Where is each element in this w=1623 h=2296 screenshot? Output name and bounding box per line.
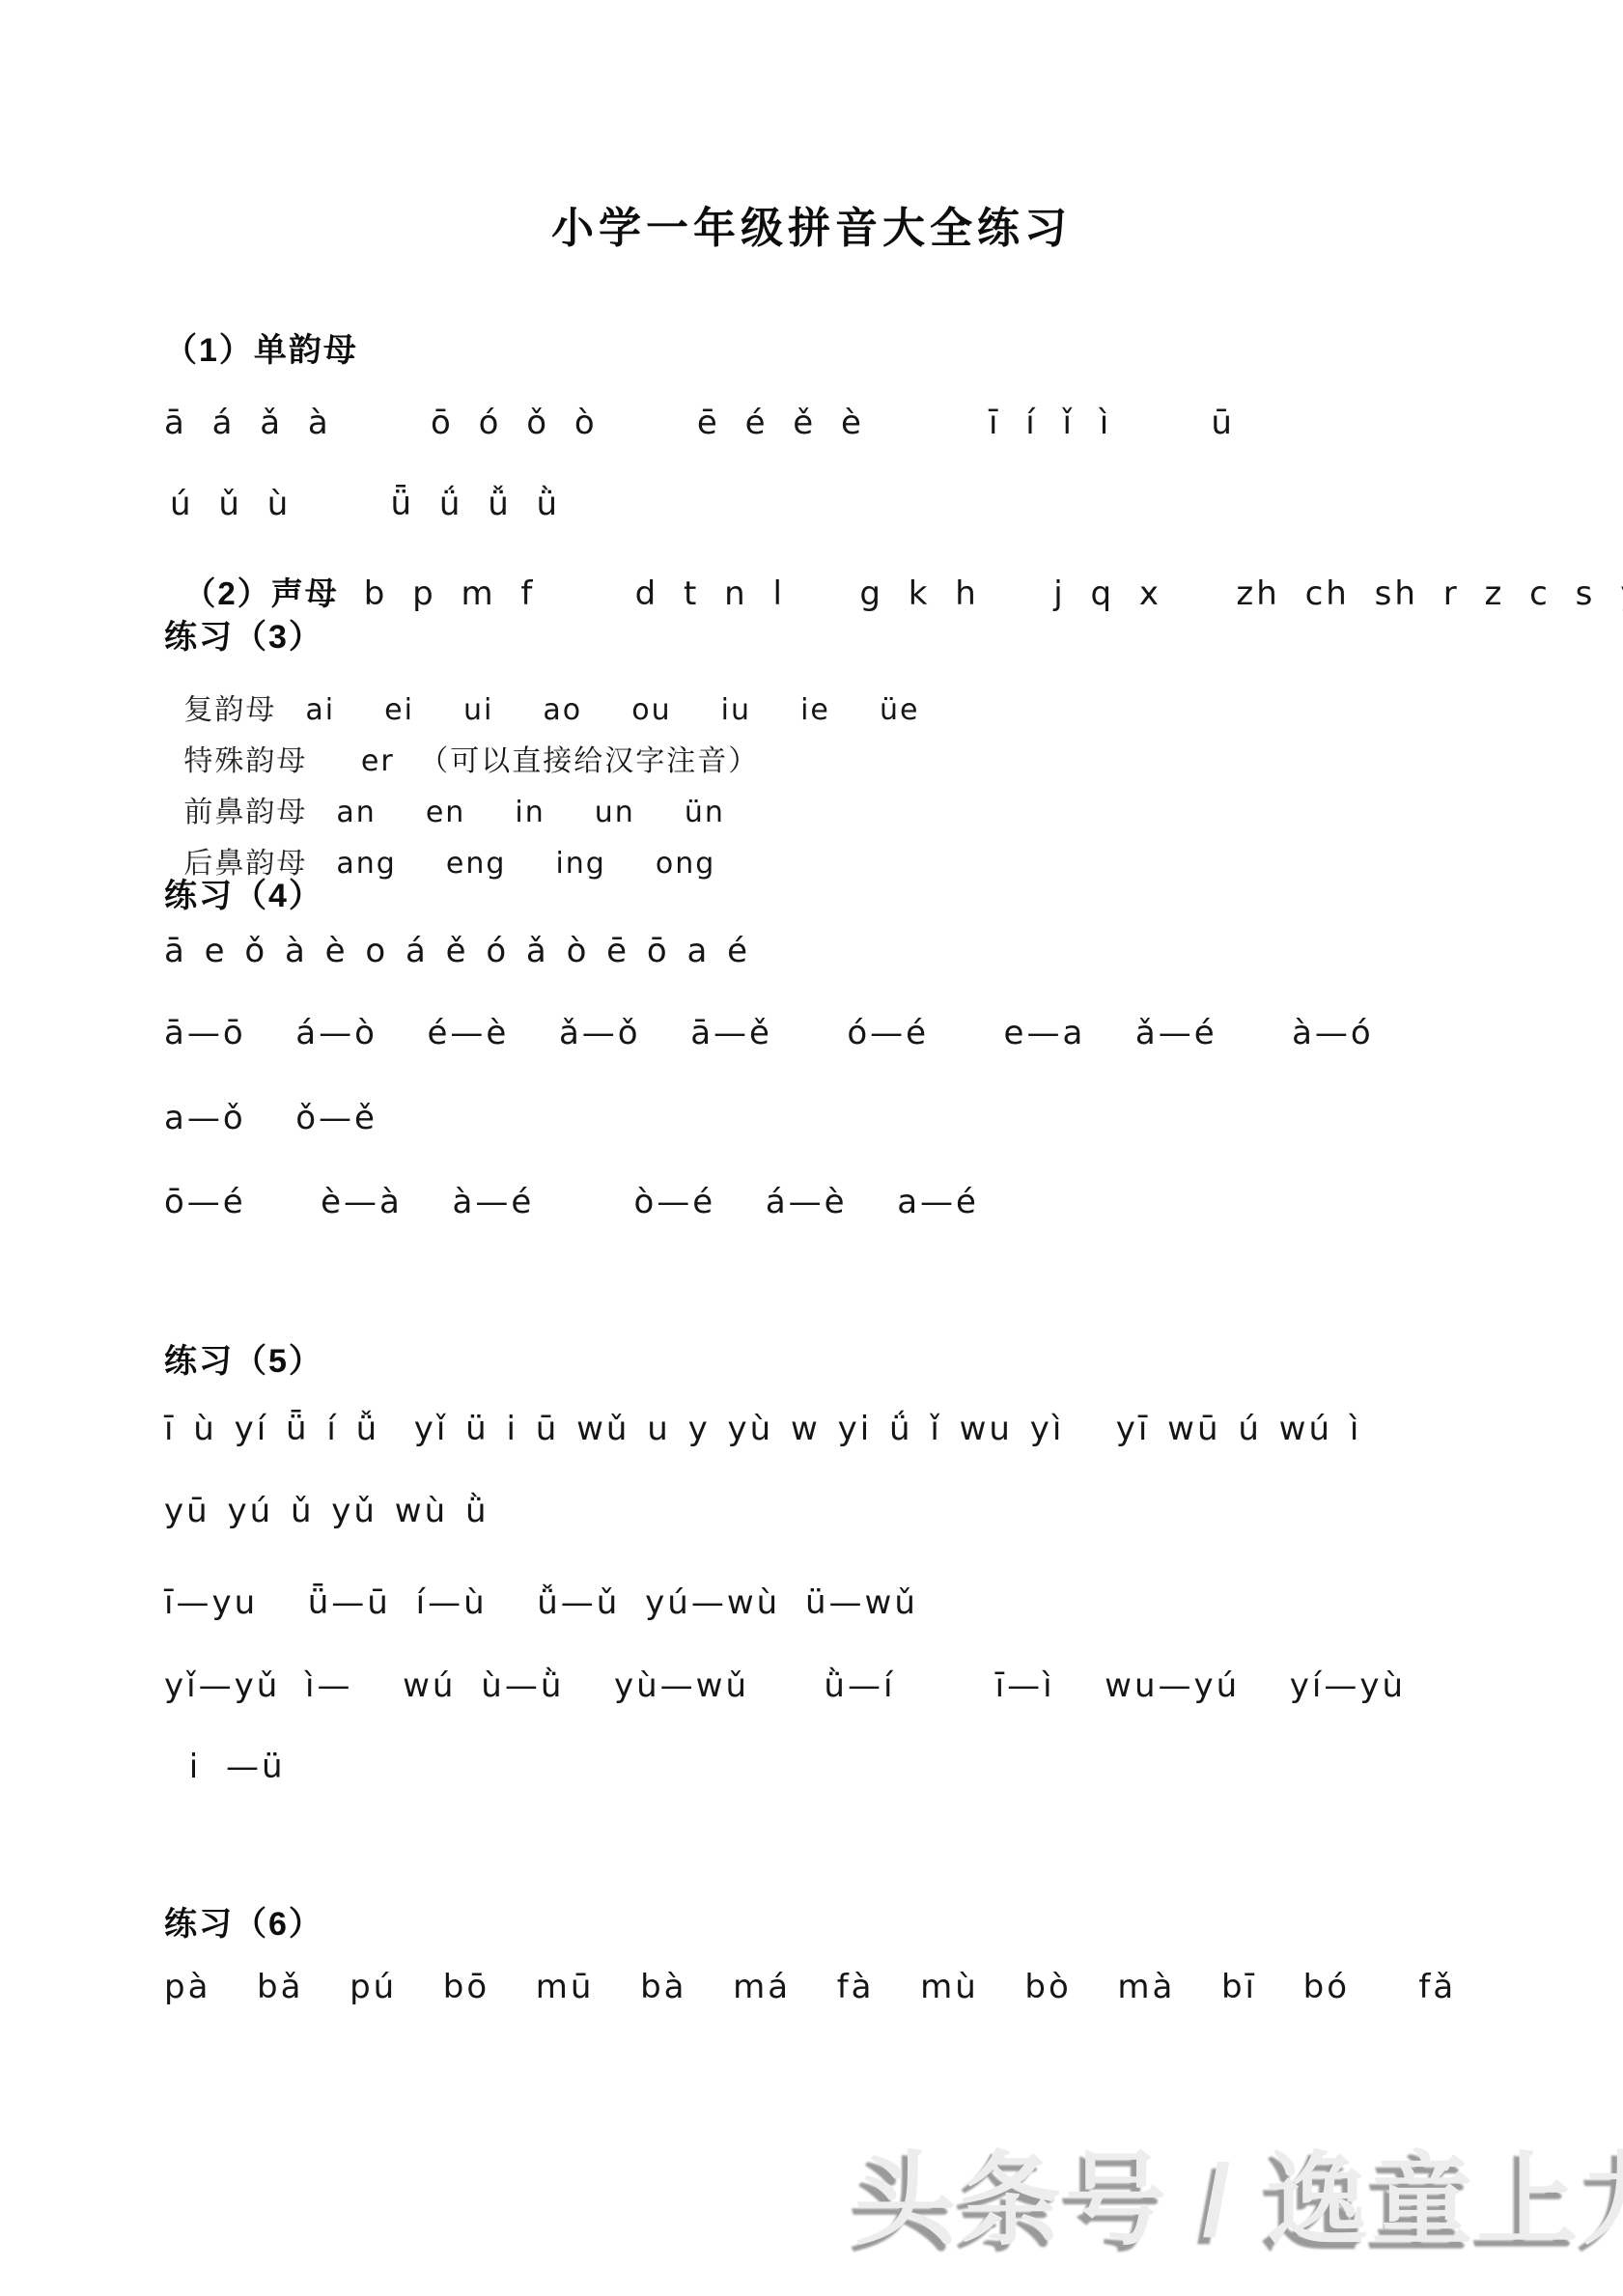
practice4-line-1: ā e ǒ à è o á ě ó ǎ ò ē ō a é bbox=[164, 932, 750, 970]
practice4-line-2: ā—ō á—ò é—è ǎ—ǒ ā—ě ó—é e—a ǎ—é à—ó bbox=[164, 1014, 1374, 1052]
initials-list: b p m f d t n l g k h j q x zh ch sh r z… bbox=[364, 574, 1623, 613]
practice4-line-3: a—ǒ ǒ—ě bbox=[164, 1099, 378, 1137]
section1-heading: （1）单韵母 bbox=[164, 323, 358, 371]
section5-heading: 练习（5） bbox=[164, 1334, 323, 1382]
practice5-line-4: yǐ—yǔ ì— wú ù—ǜ yù—wǔ ǜ—í ī—ì wu—yú yí—y… bbox=[164, 1666, 1406, 1705]
section6-heading: 练习（6） bbox=[164, 1897, 323, 1945]
practice5-line-3: ī—yu ǖ—ū í—ù ǚ—ǔ yú—wù ü—wǔ bbox=[164, 1583, 918, 1622]
practice5-line-5: i —ü bbox=[164, 1748, 286, 1786]
back-nasal-finals-list: ang eng ing ong bbox=[336, 847, 715, 881]
watermark: 头条号 / 逸童上九 bbox=[854, 2119, 1623, 2265]
practice6-syllables: pà bǎ pú bō mū bà má fà mù bò mà bī bó f… bbox=[164, 1968, 1456, 2006]
practice4-line-4: ō—é è—à à—é ò—é á—è a—é bbox=[164, 1183, 979, 1221]
section2-row: （2）声母b p m f d t n l g k h j q x zh ch s… bbox=[164, 550, 1623, 632]
single-finals-row-1: ā á ǎ à ō ó ǒ ò ē é ě è ī í ǐ ì ū bbox=[164, 404, 1235, 442]
practice5-line-2: yū yú ǔ yǔ wù ǜ bbox=[164, 1492, 490, 1530]
page-title: 小学一年级拼音大全练习 bbox=[0, 193, 1623, 255]
section2-heading: （2）声母 bbox=[183, 575, 338, 611]
practice5-line-1: ī ù yí ǖ í ǚ yǐ ü i ū wǔ u y yù w yi ǘ ǐ… bbox=[164, 1410, 1361, 1448]
single-finals-row-2: ú ǔ ù ǖ ǘ ǚ ǜ bbox=[170, 485, 560, 523]
section4-heading: 练习（4） bbox=[164, 869, 323, 916]
section3-heading: 练习（3） bbox=[164, 610, 323, 658]
worksheet-page: 小学一年级拼音大全练习 （1）单韵母 ā á ǎ à ō ó ǒ ò ē é ě… bbox=[0, 0, 1623, 2296]
